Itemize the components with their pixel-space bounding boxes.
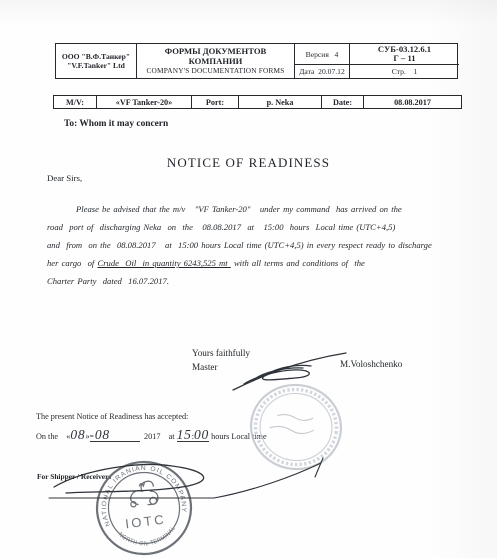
form-date-cell: Дата 20.07.12 (294, 64, 349, 78)
handwritten-hours: 15 (177, 427, 192, 442)
header-table: ООО "В.Ф.Танкер" "V.F.Tanker" Ltd ФОРМЫ … (55, 43, 458, 79)
signer-role: Master (192, 362, 218, 372)
body-line-4-post: with all terms and conditions of the (231, 258, 365, 268)
company-name-ru: ООО "В.Ф.Танкер" (62, 52, 130, 61)
forms-title-en: COMPANY'S DOCUMENTATION FORMS (146, 66, 284, 75)
acceptance-intro: The present Notice of Readiness has acce… (36, 412, 188, 421)
receiver-stamp-center-text: IOTC (124, 511, 167, 531)
signer-name: M.Voloshchenko (340, 359, 402, 369)
for-shipper-line: For Shipper / Receivers (37, 472, 111, 481)
page-label: Стр. (392, 67, 406, 76)
acceptance-year-at: 2017 at (140, 432, 177, 441)
page-number-cell: Стр. 1 (349, 64, 459, 78)
document-page: ООО "В.Ф.Танкер" "V.F.Tanker" Ltd ФОРМЫ … (0, 0, 497, 558)
cargo-quantity-underlined: Crude Oil in quantity 6243,525 mt (97, 258, 230, 268)
svg-text:NATIONAL IRANIAN OIL COMPANY: NATIONAL IRANIAN OIL COMPANY (96, 460, 188, 528)
body-line-3: and from on the 08.08.2017 at 15:00 hour… (47, 240, 432, 250)
mv-label: M/V: (54, 96, 96, 108)
page-value: 1 (413, 67, 417, 76)
version-label: Версия (306, 50, 329, 59)
date-label: Date: (321, 96, 363, 108)
acceptance-date-line: On the «08»-08 2017 at 15:00 hours Local… (36, 428, 267, 442)
mv-value: «VF Tanker-20» (96, 96, 191, 108)
body-line-4: her cargo of Crude Oil in quantity 6243,… (47, 258, 365, 268)
valediction: Yours faithfully (192, 348, 250, 358)
body-line-4-pre: her cargo of (47, 258, 97, 268)
acceptance-suffix: hours Local time (209, 432, 267, 441)
stamp-emblem-icon (128, 480, 158, 507)
body-line-5: Charter Party dated 16.07.2017. (47, 276, 169, 286)
salutation: Dear Sirs, (47, 173, 82, 183)
master-stamp (246, 380, 346, 474)
scan-shade-right (427, 0, 497, 558)
svg-text:NORTH OIL TERMINAL: NORTH OIL TERMINAL (116, 524, 179, 551)
company-cell: ООО "В.Ф.Танкер" "V.F.Tanker" Ltd (56, 44, 136, 78)
port-label: Port: (191, 96, 238, 108)
forms-cell: ФОРМЫ ДОКУМЕНТОВ КОМПАНИИ COMPANY'S DOCU… (136, 44, 294, 78)
body-line-1: Please be advised that the m/v "VF Tanke… (76, 204, 402, 214)
doc-code-cell: СУБ-03.12.6.1 Г – 11 (349, 44, 459, 64)
closing-block: Yours faithfully Master (192, 347, 250, 374)
form-date-value: 20.07.12 (318, 67, 345, 76)
handwritten-minutes: 00 (194, 427, 209, 442)
version-value: 4 (335, 50, 339, 59)
vessel-row-table: M/V: «VF Tanker-20» Port: p. Neka Date: … (53, 95, 462, 109)
form-date-label: Дата (299, 67, 314, 76)
body-line-2: road port of discharging Neka on the 08.… (47, 222, 395, 232)
document-title: NOTICE OF READINESS (0, 155, 497, 171)
receiver-stamp-arc-top: NATIONAL IRANIAN OIL COMPANY (96, 460, 188, 528)
receiver-stamp-arc-bottom: NORTH OIL TERMINAL (116, 524, 179, 551)
scan-shade-top (0, 0, 497, 26)
doc-code-line2: Г – 11 (393, 54, 415, 64)
acceptance-prefix: On the « (36, 432, 70, 441)
port-value: p. Neka (238, 96, 321, 108)
company-name-en: "V.F.Tanker" Ltd (67, 61, 125, 70)
handwritten-month: -08 (90, 427, 110, 442)
version-cell: Версия 4 (294, 44, 349, 64)
handwritten-day: 08 (70, 427, 85, 442)
date-value: 08.08.2017 (363, 96, 461, 108)
forms-title-ru2: КОМПАНИИ (189, 57, 243, 67)
to-line: To: Whom it may concern (64, 119, 168, 129)
